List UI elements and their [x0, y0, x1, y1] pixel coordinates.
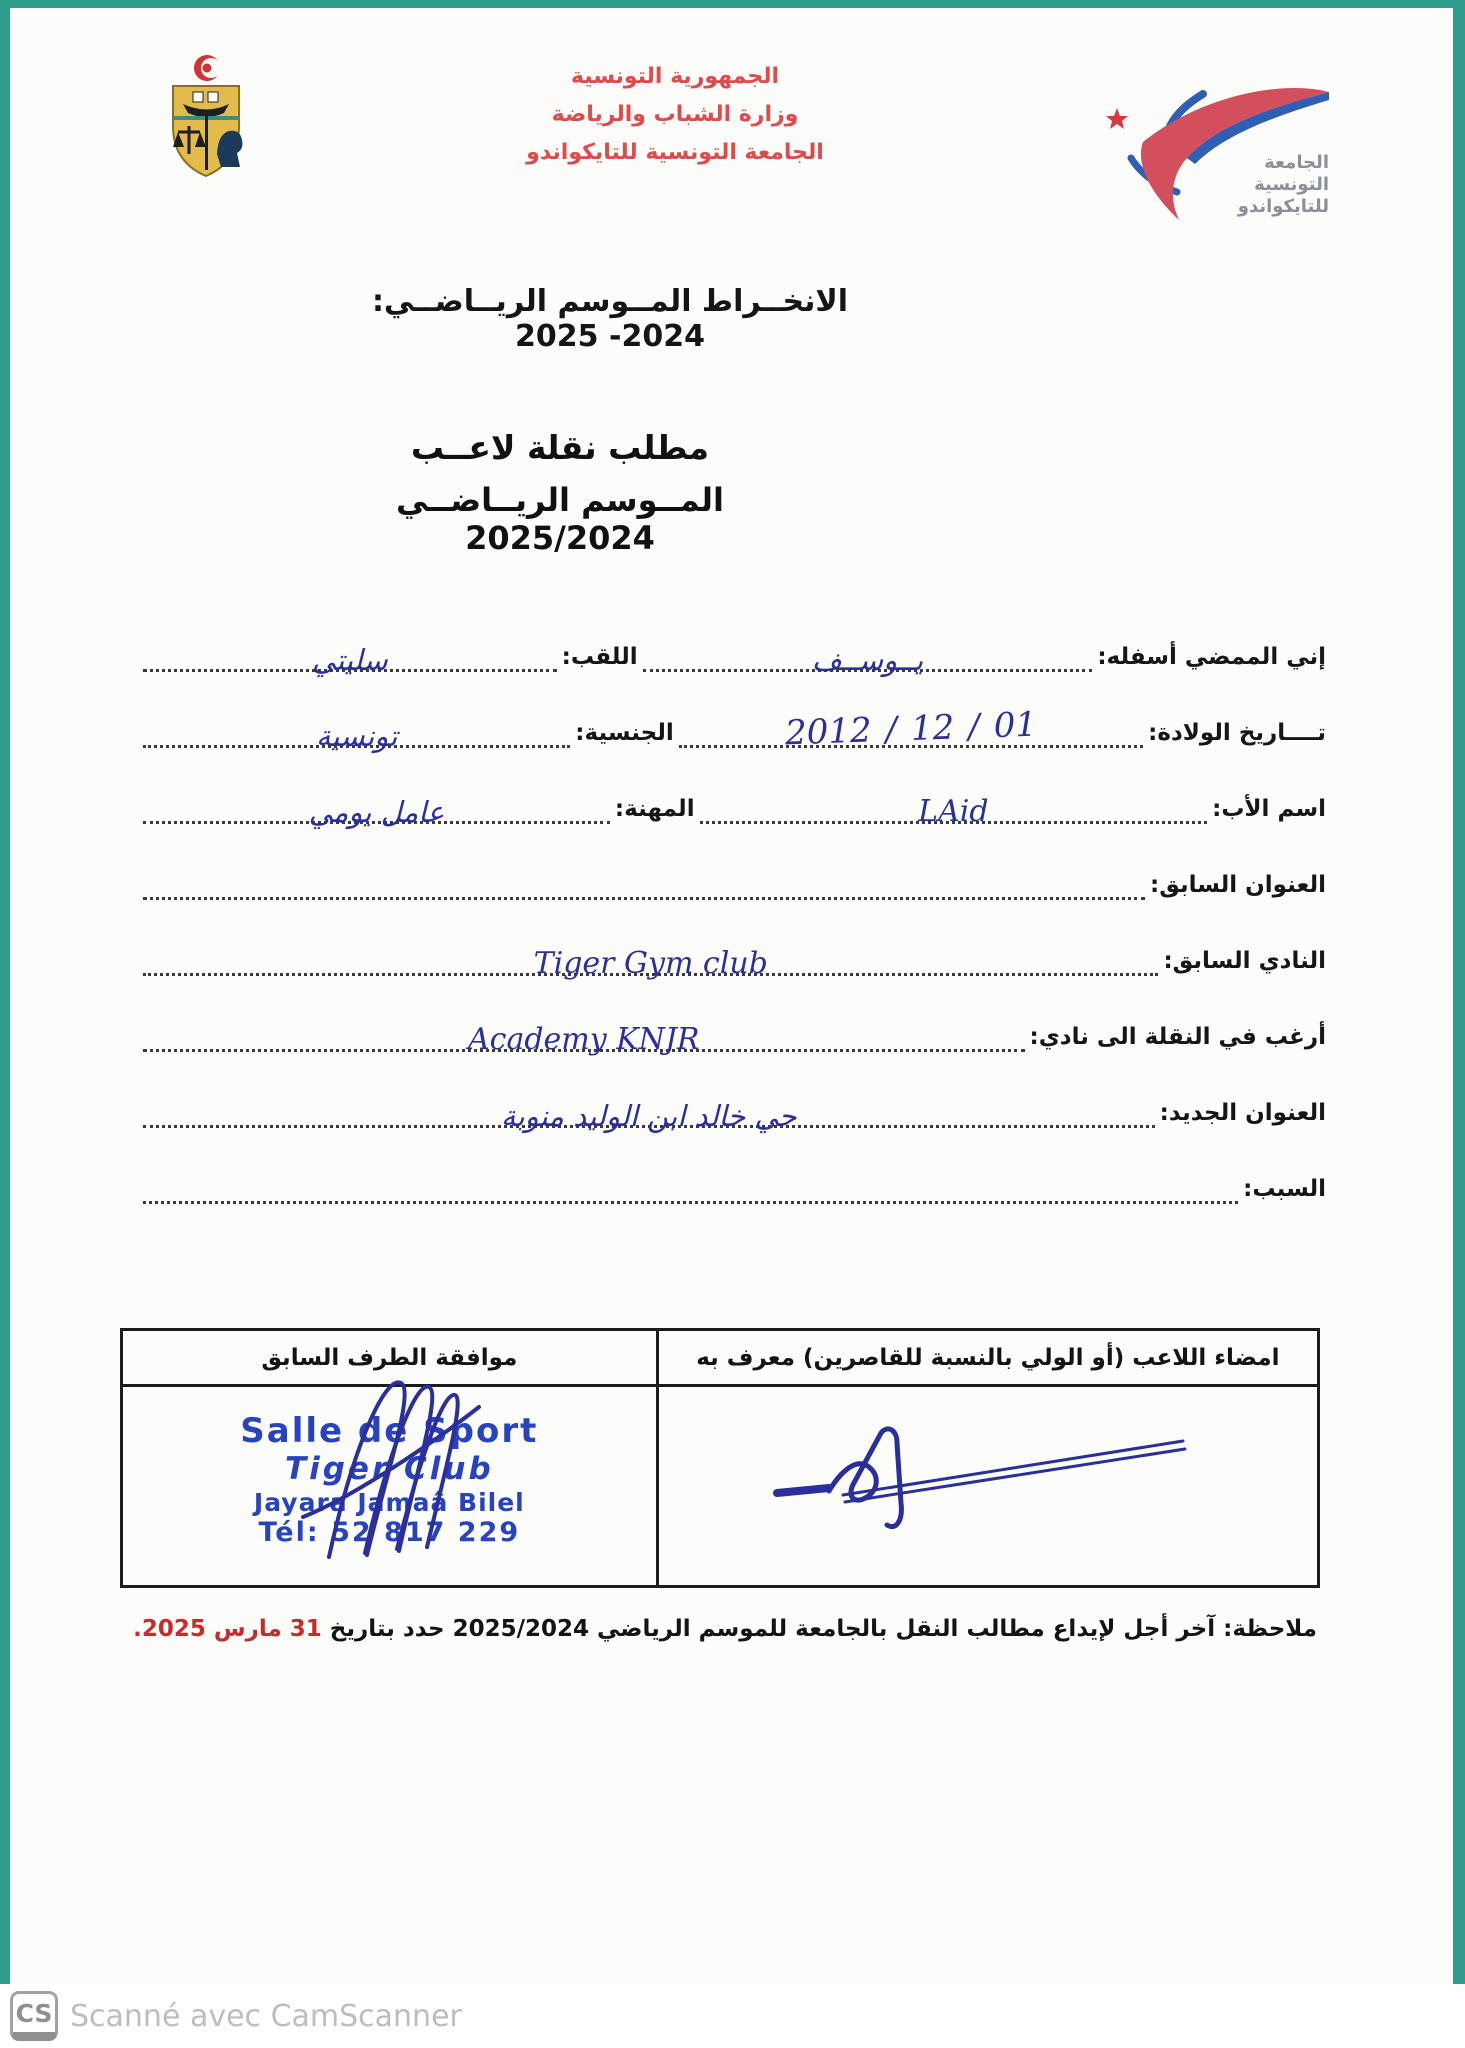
form-row-reason: السبب:: [138, 1168, 1326, 1204]
dotted-line: [143, 1174, 1238, 1204]
date-separator: /: [885, 710, 898, 750]
scan-background: { "header": { "org_lines": ["الجمهورية ا…: [0, 0, 1465, 2048]
dotted-line: Tiger Gym club: [143, 946, 1158, 976]
form-row-name: إني الممضي أسفله: يــوســف اللقب: سليتي: [138, 636, 1326, 672]
form-row-previous-address: العنوان السابق:: [138, 864, 1326, 900]
note-prefix: ملاحظة:: [1223, 1616, 1317, 1642]
note-body: آخر أجل لإيداع مطالب النقل بالجامعة للمو…: [322, 1616, 1223, 1642]
player-signature-header: امضاء اللاعب (أو الولي بالنسبة للقاصرين)…: [656, 1331, 1317, 1384]
camscanner-watermark-text: Scanné avec CamScanner: [70, 1999, 462, 2034]
field-label-reason: السبب:: [1243, 1176, 1326, 1204]
org-line-federation: الجامعة التونسية للتايكواندو: [440, 134, 910, 172]
signature-table-body: Salle de Sport Tiger Club Jayara Jamaâ B…: [123, 1387, 1317, 1585]
field-label-previous-club: النادي السابق:: [1163, 948, 1326, 976]
field-label-previous-address: العنوان السابق:: [1150, 872, 1326, 900]
camscanner-icon: CS: [10, 1991, 58, 2041]
dotted-line: [143, 870, 1145, 900]
handwritten-profession: عامل يومي: [309, 795, 445, 829]
dotted-line: عامل يومي: [143, 794, 610, 824]
form-row-previous-club: النادي السابق: Tiger Gym club: [138, 940, 1326, 976]
birth-year: 2012: [784, 710, 872, 753]
dotted-line: تونسية: [143, 718, 570, 748]
field-label-new-address: العنوان الجديد:: [1160, 1100, 1326, 1128]
field-label-profession: المهنة:: [615, 796, 695, 824]
field-label-target-club: أرغب في النقلة الى نادي:: [1030, 1024, 1326, 1052]
season-title: المــوسم الريــاضــي 2025/2024: [325, 481, 795, 557]
handwritten-first-name: يــوســف: [812, 643, 923, 677]
handwritten-new-address: حي خالد ابن الوليد منوبة: [501, 1099, 797, 1133]
logo-text-line: الجامعة: [1264, 152, 1329, 173]
handwritten-nationality: تونسية: [316, 719, 397, 753]
logo-text-line: التونسية: [1254, 174, 1329, 195]
form-row-target-club: أرغب في النقلة الى نادي: Academy KNJR: [138, 1016, 1326, 1052]
handwritten-surname: سليتي: [312, 643, 388, 677]
player-signature-cell: [656, 1387, 1317, 1585]
main-title-block: مطلب نقلة لاعــب المــوسم الريــاضــي 20…: [325, 428, 795, 557]
dotted-line: LAid: [700, 794, 1208, 824]
field-label-father-name: اسم الأب:: [1212, 796, 1326, 824]
dotted-line: 01 / 12 / 2012: [679, 718, 1143, 748]
org-line-republic: الجمهورية التونسية: [440, 58, 910, 96]
taekwondo-federation-logo: الجامعة التونسية للتايكواندو: [1085, 60, 1341, 238]
birth-day: 01: [993, 705, 1038, 746]
signature-table: امضاء اللاعب (أو الولي بالنسبة للقاصرين)…: [120, 1328, 1320, 1588]
previous-party-signature: [233, 1347, 533, 1587]
handwritten-target-club: Academy KNJR: [468, 1022, 700, 1057]
field-label-surname: اللقب:: [562, 644, 638, 672]
org-line-ministry: وزارة الشباب والرياضة: [440, 96, 910, 134]
date-separator: /: [967, 707, 980, 747]
note-deadline-date: 31 مارس 2025.: [133, 1616, 322, 1642]
handwritten-father-name: LAid: [918, 794, 988, 829]
transfer-form: إني الممضي أسفله: يــوســف اللقب: سليتي …: [138, 636, 1326, 1204]
handwritten-previous-club: Tiger Gym club: [534, 946, 768, 981]
field-label-undersigned: إني الممضي أسفله:: [1097, 644, 1326, 672]
form-row-birthdate: تــــاريخ الولادة: 01 / 12 / 2012 الجنسي…: [138, 712, 1326, 748]
dotted-line: Academy KNJR: [143, 1022, 1025, 1052]
enrollment-season-title: الانخــراط المــوسم الريــاضــي: 2024- 2…: [370, 284, 850, 354]
scanned-document-page: الجمهورية التونسية وزارة الشباب والرياضة…: [10, 8, 1453, 1984]
form-row-new-address: العنوان الجديد: حي خالد ابن الوليد منوبة: [138, 1092, 1326, 1128]
field-label-nationality: الجنسية:: [575, 720, 673, 748]
deadline-note: ملاحظة: آخر أجل لإيداع مطالب النقل بالجا…: [133, 1616, 1317, 1642]
tunisia-coat-of-arms: [155, 52, 257, 184]
dotted-line: سليتي: [143, 642, 557, 672]
birth-month: 12: [910, 708, 955, 749]
player-signature: [769, 1405, 1199, 1545]
transfer-request-title: مطلب نقلة لاعــب: [325, 428, 795, 467]
form-row-father: اسم الأب: LAid المهنة: عامل يومي: [138, 788, 1326, 824]
dotted-line: يــوســف: [643, 642, 1093, 672]
field-label-birthdate: تــــاريخ الولادة:: [1148, 720, 1326, 748]
camscanner-footer: CS Scanné avec CamScanner: [0, 1984, 1465, 2048]
dotted-line: حي خالد ابن الوليد منوبة: [143, 1098, 1155, 1128]
previous-party-approval-cell: Salle de Sport Tiger Club Jayara Jamaâ B…: [123, 1387, 656, 1585]
ministry-header: الجمهورية التونسية وزارة الشباب والرياضة…: [440, 58, 910, 172]
handwritten-birthdate: 01 / 12 / 2012: [784, 705, 1037, 754]
logo-text-line: للتايكواندو: [1237, 196, 1329, 217]
